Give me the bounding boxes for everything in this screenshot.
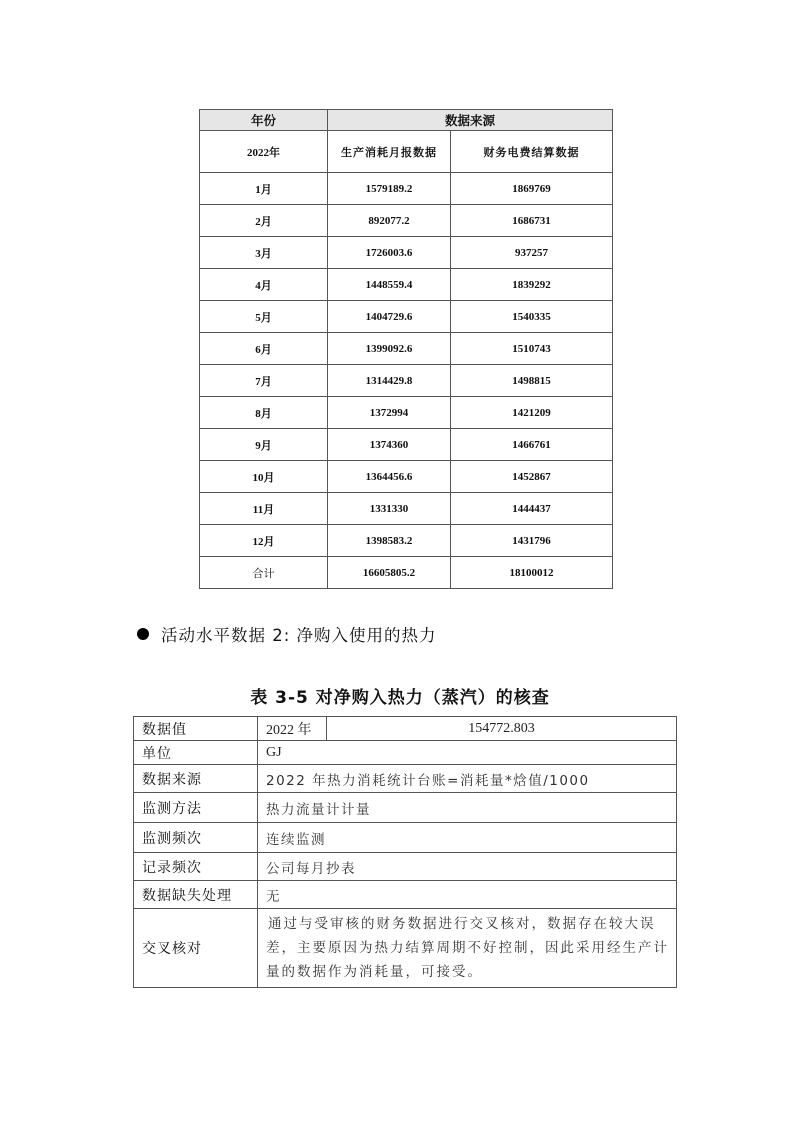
row-missing: 数据缺失处理 无 <box>134 881 677 909</box>
production-cell: 892077.2 <box>328 205 451 237</box>
production-cell: 1374360 <box>328 429 451 461</box>
data-year: 2022 年 <box>258 717 327 741</box>
value-frequency: 连续监测 <box>258 823 677 853</box>
value-unit: GJ <box>258 741 677 765</box>
month-cell: 5月 <box>200 301 328 333</box>
table-row: 4月1448559.41839292 <box>200 269 613 301</box>
finance-cell: 1466761 <box>451 429 613 461</box>
table-row: 8月13729941421209 <box>200 397 613 429</box>
finance-cell: 1686731 <box>451 205 613 237</box>
production-cell: 1399092.6 <box>328 333 451 365</box>
table-row: 6月1399092.61510743 <box>200 333 613 365</box>
table-row: 10月1364456.61452867 <box>200 461 613 493</box>
month-cell: 10月 <box>200 461 328 493</box>
total-finance: 18100012 <box>451 557 613 589</box>
production-cell: 1448559.4 <box>328 269 451 301</box>
subheader-finance: 财务电费结算数据 <box>451 131 613 173</box>
month-cell: 2月 <box>200 205 328 237</box>
finance-cell: 1869769 <box>451 173 613 205</box>
production-cell: 1404729.6 <box>328 301 451 333</box>
row-source: 数据来源 2022 年热力消耗统计台账=消耗量*焓值/1000 <box>134 765 677 793</box>
row-cross-check: 交叉核对 通过与受审核的财务数据进行交叉核对，数据存在较大误差，主要原因为热力结… <box>134 909 677 988</box>
electricity-data-table: 年份 数据来源 2022年 生产消耗月报数据 财务电费结算数据 1月157918… <box>199 109 613 589</box>
production-cell: 1314429.8 <box>328 365 451 397</box>
data-value: 154772.803 <box>327 717 677 741</box>
bullet-dot-icon <box>137 628 149 640</box>
table-row: 1月1579189.21869769 <box>200 173 613 205</box>
total-label: 合计 <box>200 557 328 589</box>
month-cell: 12月 <box>200 525 328 557</box>
header-data-source: 数据来源 <box>328 110 613 131</box>
finance-cell: 1839292 <box>451 269 613 301</box>
header-year: 年份 <box>200 110 328 131</box>
value-method: 热力流量计计量 <box>258 793 677 823</box>
production-cell: 1726003.6 <box>328 237 451 269</box>
row-frequency: 监测频次 连续监测 <box>134 823 677 853</box>
table-row: 2月892077.21686731 <box>200 205 613 237</box>
row-method: 监测方法 热力流量计计量 <box>134 793 677 823</box>
table-caption: 表 3-5 对净购入热力（蒸汽）的核查 <box>0 683 800 708</box>
table-row: 11月13313301444437 <box>200 493 613 525</box>
production-cell: 1579189.2 <box>328 173 451 205</box>
month-cell: 9月 <box>200 429 328 461</box>
heat-verification-table: 数据值 2022 年 154772.803 单位 GJ 数据来源 2022 年热… <box>133 716 677 988</box>
month-cell: 8月 <box>200 397 328 429</box>
label-frequency: 监测频次 <box>134 823 258 853</box>
label-method: 监测方法 <box>134 793 258 823</box>
value-record: 公司每月抄表 <box>258 853 677 881</box>
table-row: 7月1314429.81498815 <box>200 365 613 397</box>
production-cell: 1331330 <box>328 493 451 525</box>
finance-cell: 1421209 <box>451 397 613 429</box>
table-subheader-row: 2022年 生产消耗月报数据 财务电费结算数据 <box>200 131 613 173</box>
section-bullet-heading: 活动水平数据 2: 净购入使用的热力 <box>137 622 437 646</box>
row-data-value: 数据值 2022 年 154772.803 <box>134 717 677 741</box>
subheader-year: 2022年 <box>200 131 328 173</box>
month-cell: 3月 <box>200 237 328 269</box>
label-record: 记录频次 <box>134 853 258 881</box>
label-unit: 单位 <box>134 741 258 765</box>
table-header-row: 年份 数据来源 <box>200 110 613 131</box>
month-cell: 7月 <box>200 365 328 397</box>
month-cell: 11月 <box>200 493 328 525</box>
value-source: 2022 年热力消耗统计台账=消耗量*焓值/1000 <box>258 765 677 793</box>
value-cross-check: 通过与受审核的财务数据进行交叉核对，数据存在较大误差，主要原因为热力结算周期不好… <box>258 909 677 988</box>
table-row: 5月1404729.61540335 <box>200 301 613 333</box>
label-cross-check: 交叉核对 <box>134 909 258 988</box>
month-cell: 6月 <box>200 333 328 365</box>
table-row: 9月13743601466761 <box>200 429 613 461</box>
month-cell: 4月 <box>200 269 328 301</box>
bullet-text: 活动水平数据 2: 净购入使用的热力 <box>161 622 437 646</box>
finance-cell: 1444437 <box>451 493 613 525</box>
finance-cell: 937257 <box>451 237 613 269</box>
subheader-production: 生产消耗月报数据 <box>328 131 451 173</box>
finance-cell: 1498815 <box>451 365 613 397</box>
finance-cell: 1540335 <box>451 301 613 333</box>
label-source: 数据来源 <box>134 765 258 793</box>
label-data-value: 数据值 <box>134 717 258 741</box>
label-missing: 数据缺失处理 <box>134 881 258 909</box>
month-cell: 1月 <box>200 173 328 205</box>
row-unit: 单位 GJ <box>134 741 677 765</box>
production-cell: 1372994 <box>328 397 451 429</box>
finance-cell: 1431796 <box>451 525 613 557</box>
table-row: 12月1398583.21431796 <box>200 525 613 557</box>
production-cell: 1364456.6 <box>328 461 451 493</box>
value-missing: 无 <box>258 881 677 909</box>
production-cell: 1398583.2 <box>328 525 451 557</box>
total-production: 16605805.2 <box>328 557 451 589</box>
row-record: 记录频次 公司每月抄表 <box>134 853 677 881</box>
table-total-row: 合计 16605805.2 18100012 <box>200 557 613 589</box>
finance-cell: 1452867 <box>451 461 613 493</box>
table-row: 3月1726003.6937257 <box>200 237 613 269</box>
finance-cell: 1510743 <box>451 333 613 365</box>
